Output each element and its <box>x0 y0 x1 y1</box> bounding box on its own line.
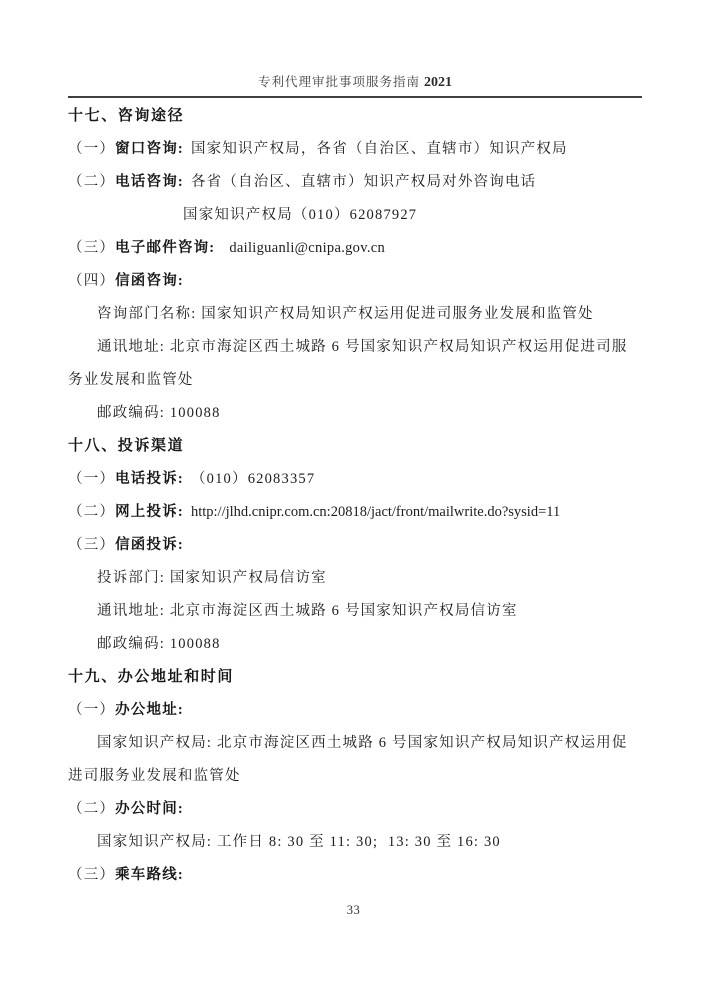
list-line: （二）办公时间: <box>68 793 642 826</box>
line-label: 窗口咨询: <box>115 141 184 157</box>
list-line: （四）信函咨询: <box>68 265 642 298</box>
detail-line: 邮政编码: 100088 <box>68 628 642 661</box>
email-text: dailiguanli@cnipa.gov.cn <box>229 240 385 256</box>
line-prefix: （三） <box>68 867 115 883</box>
list-line: （一）电话投诉:（010）62083357 <box>68 463 642 496</box>
list-line: （一）窗口咨询:国家知识产权局，各省（自治区、直辖市）知识产权局 <box>68 133 642 166</box>
section-heading: 十七、咨询途径 <box>68 100 642 133</box>
detail-line: 邮政编码: 100088 <box>68 397 642 430</box>
complaint-url-text: http://jlhd.cnipr.com.cn:20818/jact/fron… <box>191 504 560 520</box>
line-prefix: （一） <box>68 141 115 157</box>
phone-text: （010）62083357 <box>191 471 315 487</box>
line-label: 电话咨询: <box>115 174 184 190</box>
line-label: 网上投诉: <box>115 504 184 520</box>
header-year: 2021 <box>424 75 452 90</box>
line-text: 各省（自治区、直辖市）知识产权局对外咨询电话 <box>191 174 536 190</box>
line-label: 办公地址: <box>115 702 184 718</box>
list-line: （二）网上投诉:http://jlhd.cnipr.com.cn:20818/j… <box>68 496 642 529</box>
header-title: 专利代理审批事项服务指南 <box>258 75 420 89</box>
line-prefix: （四） <box>68 273 115 289</box>
line-label: 电话投诉: <box>115 471 184 487</box>
line-label: 办公时间: <box>115 801 184 817</box>
detail-line: 国家知识产权局: 北京市海淀区西土城路 6 号国家知识产权局知识产权运用促进司服… <box>68 727 642 793</box>
line-prefix: （二） <box>68 174 115 190</box>
line-prefix: （一） <box>68 702 115 718</box>
continuation-line: 国家知识产权局（010）62087927 <box>68 199 642 232</box>
list-line: （三）信函投诉: <box>68 529 642 562</box>
list-line: （三）乘车路线: <box>68 859 642 892</box>
line-prefix: （一） <box>68 471 115 487</box>
section-heading: 十九、办公地址和时间 <box>68 661 642 694</box>
document-body: 十七、咨询途径 （一）窗口咨询:国家知识产权局，各省（自治区、直辖市）知识产权局… <box>68 98 642 892</box>
line-prefix: （三） <box>68 240 115 256</box>
page-number: 33 <box>0 903 707 918</box>
line-text: 国家知识产权局，各省（自治区、直辖市）知识产权局 <box>191 141 568 157</box>
page-header: 专利代理审批事项服务指南2021 <box>68 72 642 98</box>
line-prefix: （二） <box>68 504 115 520</box>
list-line: （二）电话咨询:各省（自治区、直辖市）知识产权局对外咨询电话 <box>68 166 642 199</box>
detail-line: 通讯地址: 北京市海淀区西土城路 6 号国家知识产权局信访室 <box>68 595 642 628</box>
document-page: 专利代理审批事项服务指南2021 十七、咨询途径 （一）窗口咨询:国家知识产权局… <box>0 0 707 1000</box>
detail-line: 咨询部门名称: 国家知识产权局知识产权运用促进司服务业发展和监管处 <box>68 298 642 331</box>
detail-line: 国家知识产权局: 工作日 8: 30 至 11: 30; 13: 30 至 16… <box>68 826 642 859</box>
list-line: （三）电子邮件咨询:dailiguanli@cnipa.gov.cn <box>68 232 642 265</box>
line-label: 电子邮件咨询: <box>115 240 215 256</box>
detail-line: 通讯地址: 北京市海淀区西土城路 6 号国家知识产权局知识产权运用促进司服务业发… <box>68 331 642 397</box>
line-prefix: （三） <box>68 537 115 553</box>
line-prefix: （二） <box>68 801 115 817</box>
line-label: 乘车路线: <box>115 867 184 883</box>
line-label: 信函投诉: <box>115 537 184 553</box>
list-line: （一）办公地址: <box>68 694 642 727</box>
detail-line: 投诉部门: 国家知识产权局信访室 <box>68 562 642 595</box>
section-heading: 十八、投诉渠道 <box>68 430 642 463</box>
line-label: 信函咨询: <box>115 273 184 289</box>
